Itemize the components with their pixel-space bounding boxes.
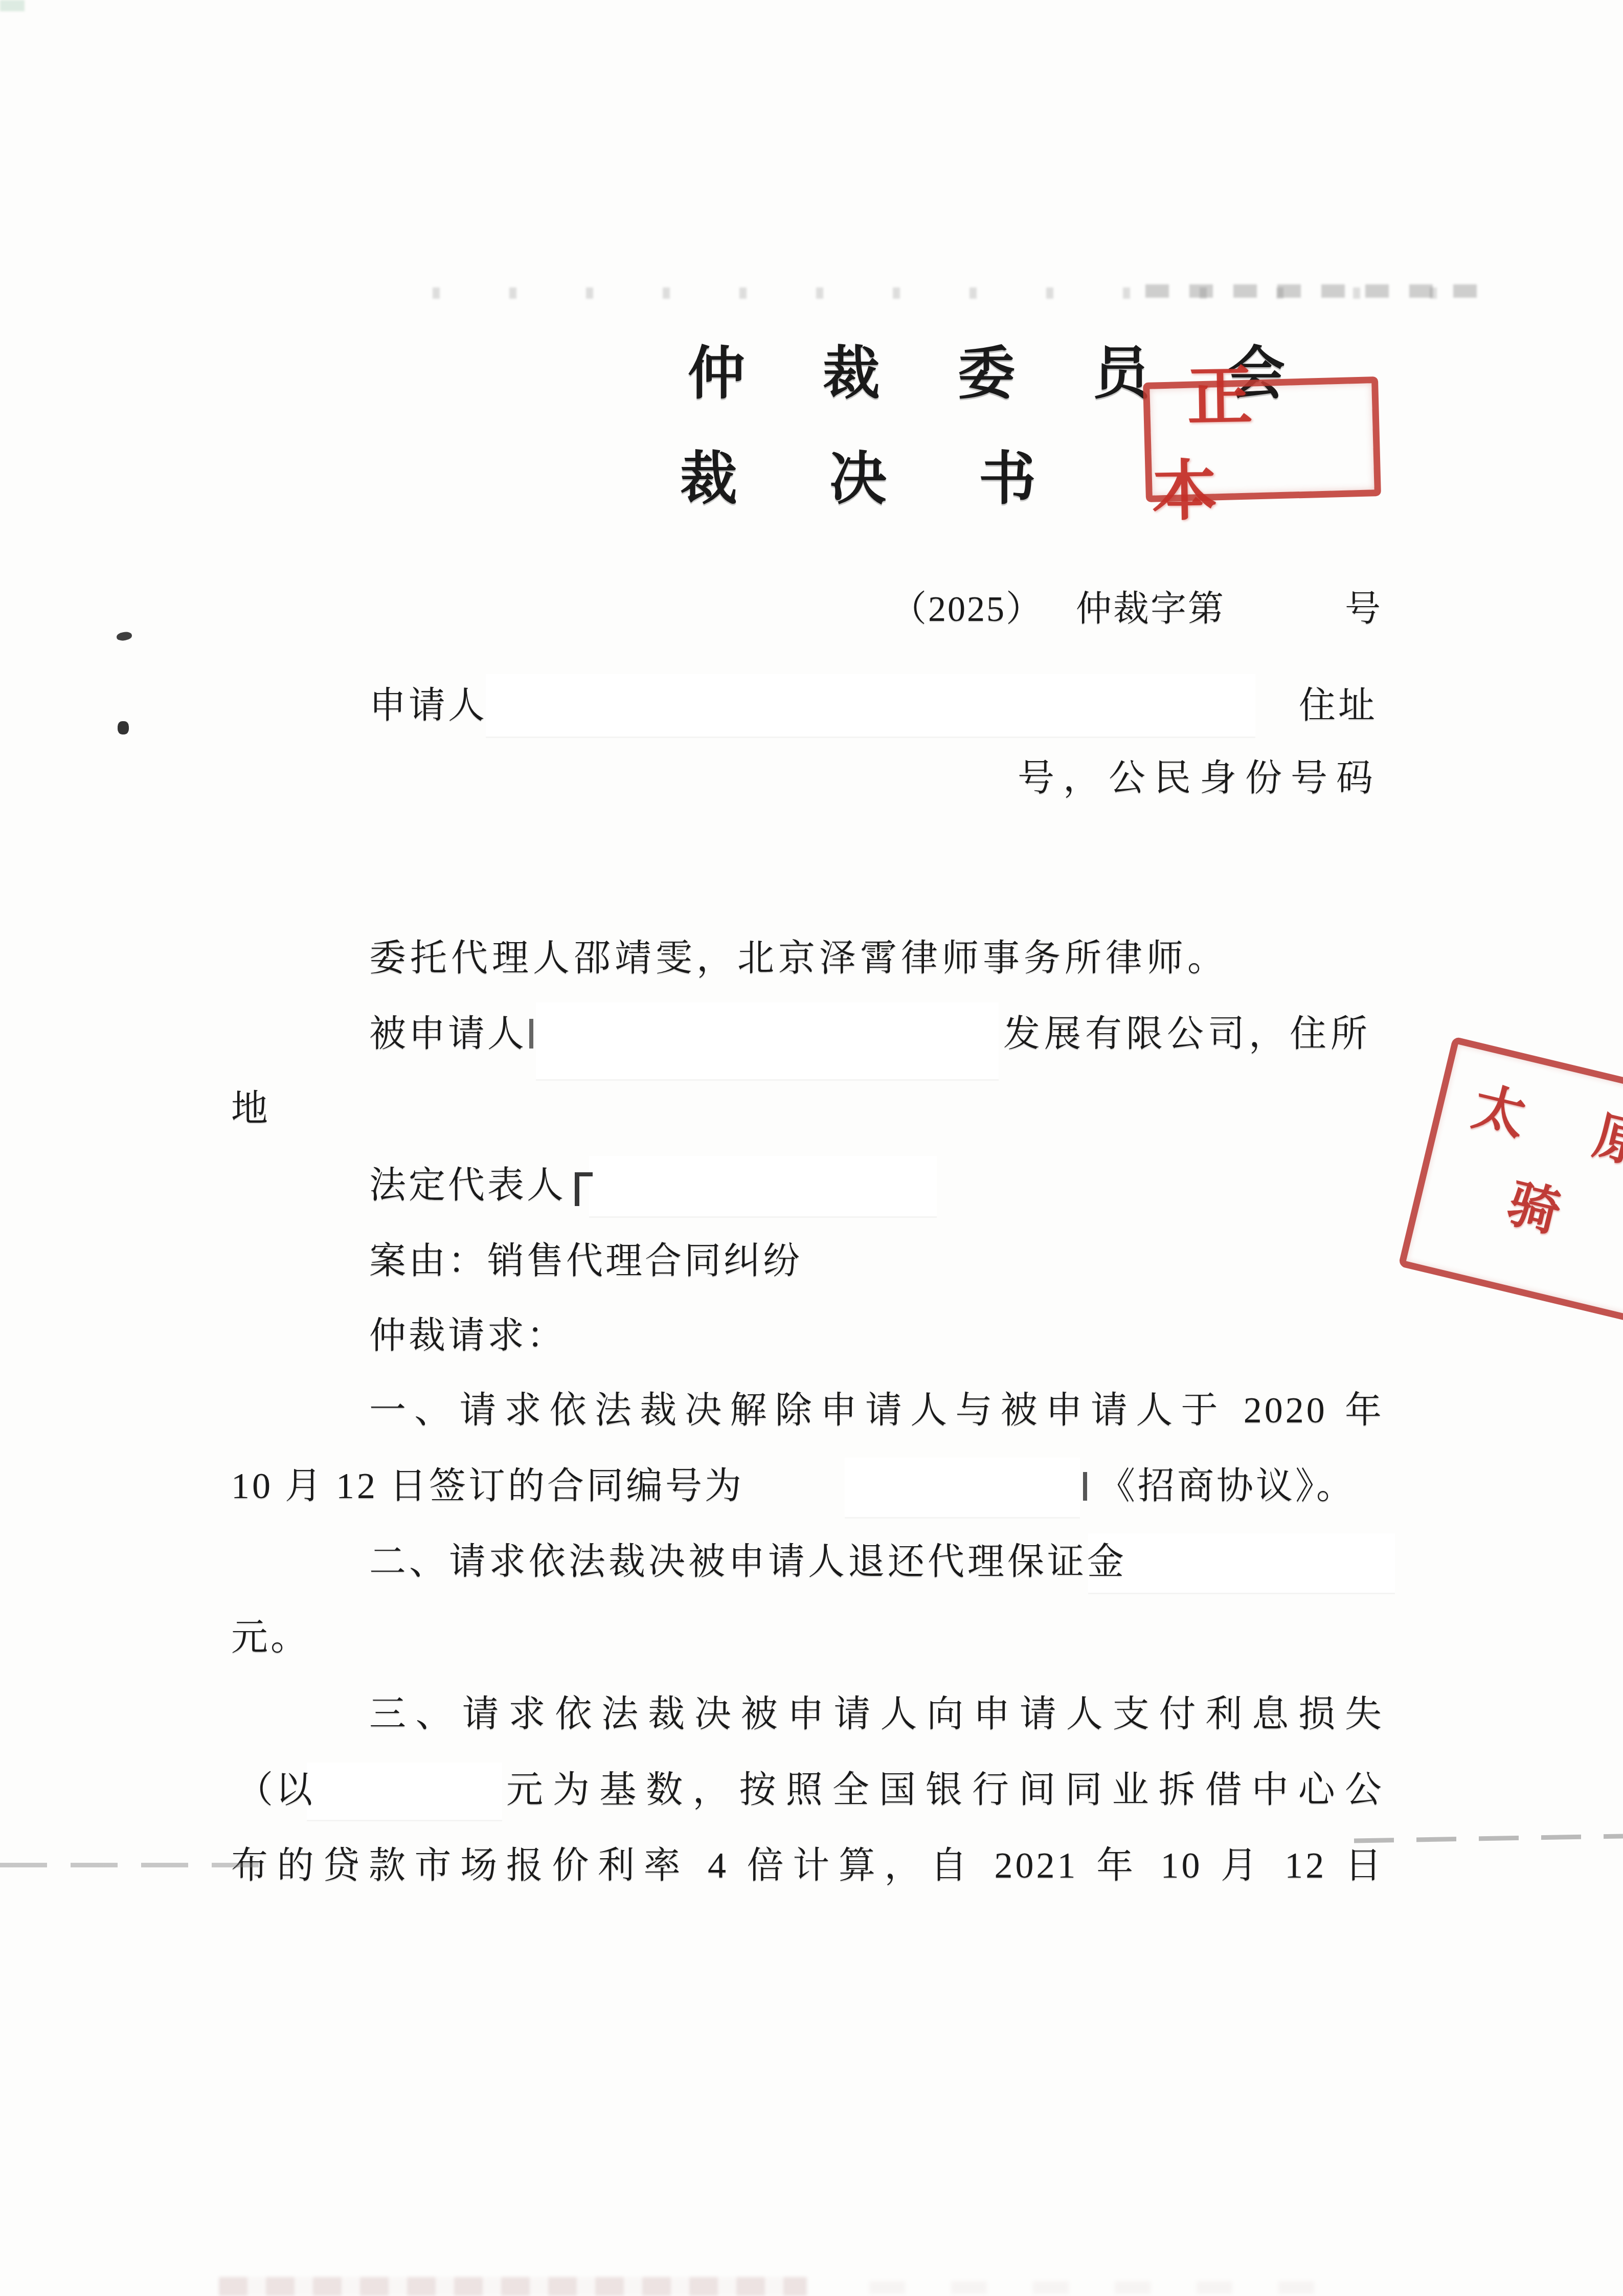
- claim2-line1: 二、请求依法裁决被申请人退还代理保证金: [369, 1541, 1127, 1583]
- respondent-company-suffix: 发展有限公司，住所: [1003, 1013, 1371, 1055]
- claim3-line2-suffix: 元为基数，按照全国银行间同业拆借中心公: [506, 1769, 1384, 1811]
- case-cause-line: 案由：销售代理合同纠纷: [369, 1240, 802, 1282]
- applicant-id-line: 号，公民身份号码: [1018, 757, 1382, 799]
- dashed-line-left: [0, 1863, 260, 1867]
- redaction-deposit-amount: [1088, 1533, 1395, 1593]
- claim3-line3: 布的贷款市场报价利率 4 倍计算，自 2021 年 10 月 12 日: [231, 1844, 1384, 1887]
- paging-seal-stamp: 太 原 仲 骑: [1398, 1036, 1623, 1360]
- case-number-year: （2025）: [891, 589, 1043, 631]
- scanned-arbitration-award-page: 仲 裁 委 员 会 裁 决 书 正 本 （2025） 仲裁字第 号 申请人 住址…: [0, 0, 1623, 2296]
- dashed-line-right: [1354, 1834, 1623, 1843]
- case-number-label: 仲裁字第: [1076, 589, 1225, 631]
- claim1-line2-suffix: 《招商协议》。: [1098, 1465, 1356, 1507]
- case-number-suffix: 号: [1345, 589, 1382, 631]
- contract-number-glyph-fragment: [1083, 1472, 1087, 1501]
- claim2-line2: 元。: [231, 1616, 310, 1659]
- scan-streak-bottom-right: [869, 2281, 1329, 2294]
- redaction-applicant-name: [486, 674, 1255, 737]
- legal-rep-name-glyph-fragment: [575, 1172, 593, 1206]
- redaction-respondent-name: [536, 1002, 999, 1079]
- claims-header: 仲裁请求：: [369, 1314, 566, 1357]
- applicant-label: 申请人: [369, 684, 487, 727]
- scan-streak-bottom: [219, 2277, 807, 2296]
- legal-rep-label: 法定代表人: [369, 1164, 566, 1207]
- paging-seal-text-row2: 骑: [1501, 1162, 1569, 1246]
- respondent-label: 被申请人: [369, 1013, 527, 1055]
- redaction-base-amount: [307, 1763, 502, 1820]
- claim3-line1: 三、请求依法裁决被申请人向申请人支付利息损失: [369, 1693, 1384, 1735]
- document-title-line2: 裁 决 书: [680, 447, 1075, 513]
- scan-smudge-top-left-corner: [0, 0, 25, 11]
- ink-speck-2: [118, 721, 129, 734]
- redaction-contract-number: [845, 1458, 1080, 1517]
- scan-streak-top-right: [1145, 284, 1483, 298]
- agent-line: 委托代理人邵靖雯，北京泽霄律师事务所律师。: [369, 937, 1228, 979]
- claim3-line2-prefix: （以: [236, 1769, 315, 1811]
- ink-speck-1: [116, 631, 132, 641]
- respondent-name-glyph-fragment: [529, 1019, 533, 1049]
- claim1-line2-prefix: 10 月 12 日签订的合同编号为: [231, 1465, 744, 1507]
- original-copy-stamp: 正 本: [1143, 376, 1381, 502]
- respondent-address-continuation: 地: [231, 1087, 270, 1130]
- claim1-line1: 一、请求依法裁决解除申请人与被申请人于 2020 年: [369, 1389, 1384, 1432]
- applicant-address-label: 住址: [1299, 684, 1378, 727]
- redaction-legal-rep-name: [589, 1156, 937, 1216]
- original-copy-stamp-text: 正 本: [1149, 342, 1374, 533]
